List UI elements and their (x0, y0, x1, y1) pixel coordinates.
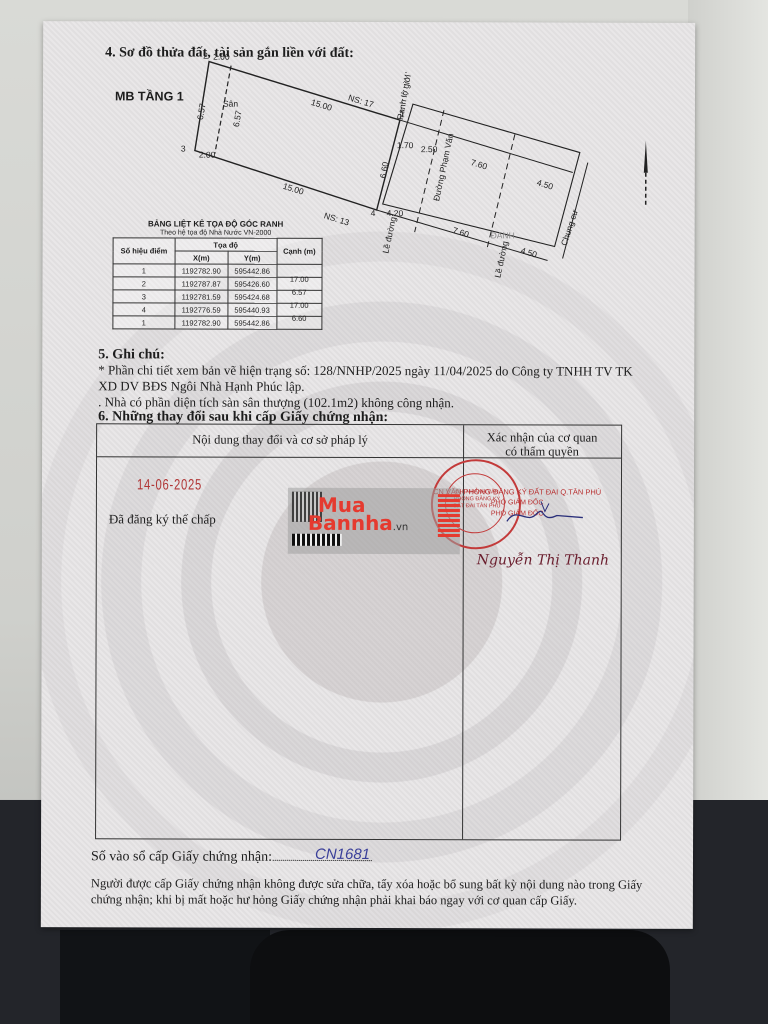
confirm-header-line-2: có thẩm quyền (463, 444, 621, 458)
section-5-title: 5. Ghi chú: (98, 347, 165, 363)
cell-y: 595442.86 (228, 264, 277, 277)
cell-x: 1192782.90 (175, 264, 228, 277)
watermark-logo-icon (438, 494, 460, 538)
dim-bottom-front: 2.00 (199, 150, 216, 160)
header-coord: Tọa độ (175, 238, 277, 251)
cell-point: 1 (113, 316, 175, 329)
changes-header-confirm: Xác nhận của cơ quan có thẩm quyền (463, 430, 621, 458)
cell-y: 595442.86 (228, 316, 277, 329)
cell-edge: 6.57 (276, 284, 322, 297)
balcony-label: Sân (223, 99, 238, 109)
note-line-1: * Phần chi tiết xem bản vẽ hiện trạng số… (98, 362, 632, 379)
cell-point: 4 (113, 303, 175, 316)
background-wall (688, 0, 768, 800)
north-arrow-icon (644, 141, 648, 205)
dim-top-front: 2.00 (213, 52, 230, 62)
coord-table: Số hiệu điểm Tọa độ Cạnh (m) X(m) Y(m) 1… (112, 237, 322, 330)
certificate-page: 4. Sơ đồ thửa đất, tài sản gắn liền với … (41, 21, 695, 929)
cell-edge: 17.00 (277, 271, 323, 284)
entry-date: 14-06-2025 (137, 476, 202, 493)
cell-point: 1 (113, 264, 175, 277)
cell-x: 1192776.59 (175, 303, 228, 316)
cell-point: 2 (113, 277, 175, 290)
point-4-label: 4 (371, 208, 376, 218)
header-x: X(m) (175, 251, 228, 264)
cell-x: 1192782.90 (175, 316, 228, 329)
coord-table-row: 11192782.90595442.866.60 (113, 316, 322, 330)
registry-number: CN1681 (315, 846, 370, 863)
balcony-line (215, 66, 231, 154)
cell-y: 595440.93 (228, 303, 277, 316)
point-3-label: 3 (181, 144, 186, 154)
cell-y: 595426.60 (228, 277, 277, 290)
dim-r2: 2.50 (421, 144, 438, 154)
background-shadow (250, 930, 670, 1024)
signature-icon (497, 495, 587, 535)
changes-header-content: Nội dung thay đổi và cơ sở pháp lý (97, 432, 463, 448)
entry-content: Đã đăng ký thế chấp (109, 511, 216, 527)
cell-edge: 17.00 (276, 297, 322, 310)
footer-notice: Người được cấp Giấy chứng nhận không đượ… (91, 875, 651, 908)
dim-r1: 1.70 (397, 140, 414, 150)
confirm-header-line-1: Xác nhận của cơ quan (463, 430, 621, 444)
header-y: Y(m) (228, 251, 277, 264)
coord-table-title: BẢNG LIỆT KÊ TỌA ĐỘ GÓC RANH (101, 219, 331, 229)
background-shadow (60, 930, 270, 1024)
cell-edge: 6.60 (276, 310, 322, 323)
signer-name: Nguyễn Thị Thanh (477, 552, 609, 568)
cell-y: 595424.68 (228, 290, 277, 303)
cell-point: 3 (113, 290, 175, 303)
header-edge: Cạnh (m) (277, 238, 323, 264)
cell-x: 1192787.87 (175, 277, 228, 290)
point-2-label: 2 (203, 51, 208, 61)
note-line-2: XD DV BĐS Ngôi Nhà Hạnh Phúc lập. (98, 378, 304, 395)
watermark-line-2: Bannha.vn (308, 514, 408, 537)
coord-table-subtitle: Theo hệ tọa độ Nhà Nước VN-2000 (101, 229, 331, 237)
changes-table: Nội dung thay đổi và cơ sở pháp lý Xác n… (95, 423, 622, 840)
cell-x: 1192781.59 (175, 290, 228, 303)
header-point: Số hiệu điểm (113, 238, 175, 264)
watermark-overlay: Mua Bannha.vn (288, 488, 460, 554)
registry-label: Số vào sổ cấp Giấy chứng nhận: (91, 849, 272, 864)
faint-label: ĐANH (491, 230, 515, 240)
road-outline (383, 104, 580, 247)
